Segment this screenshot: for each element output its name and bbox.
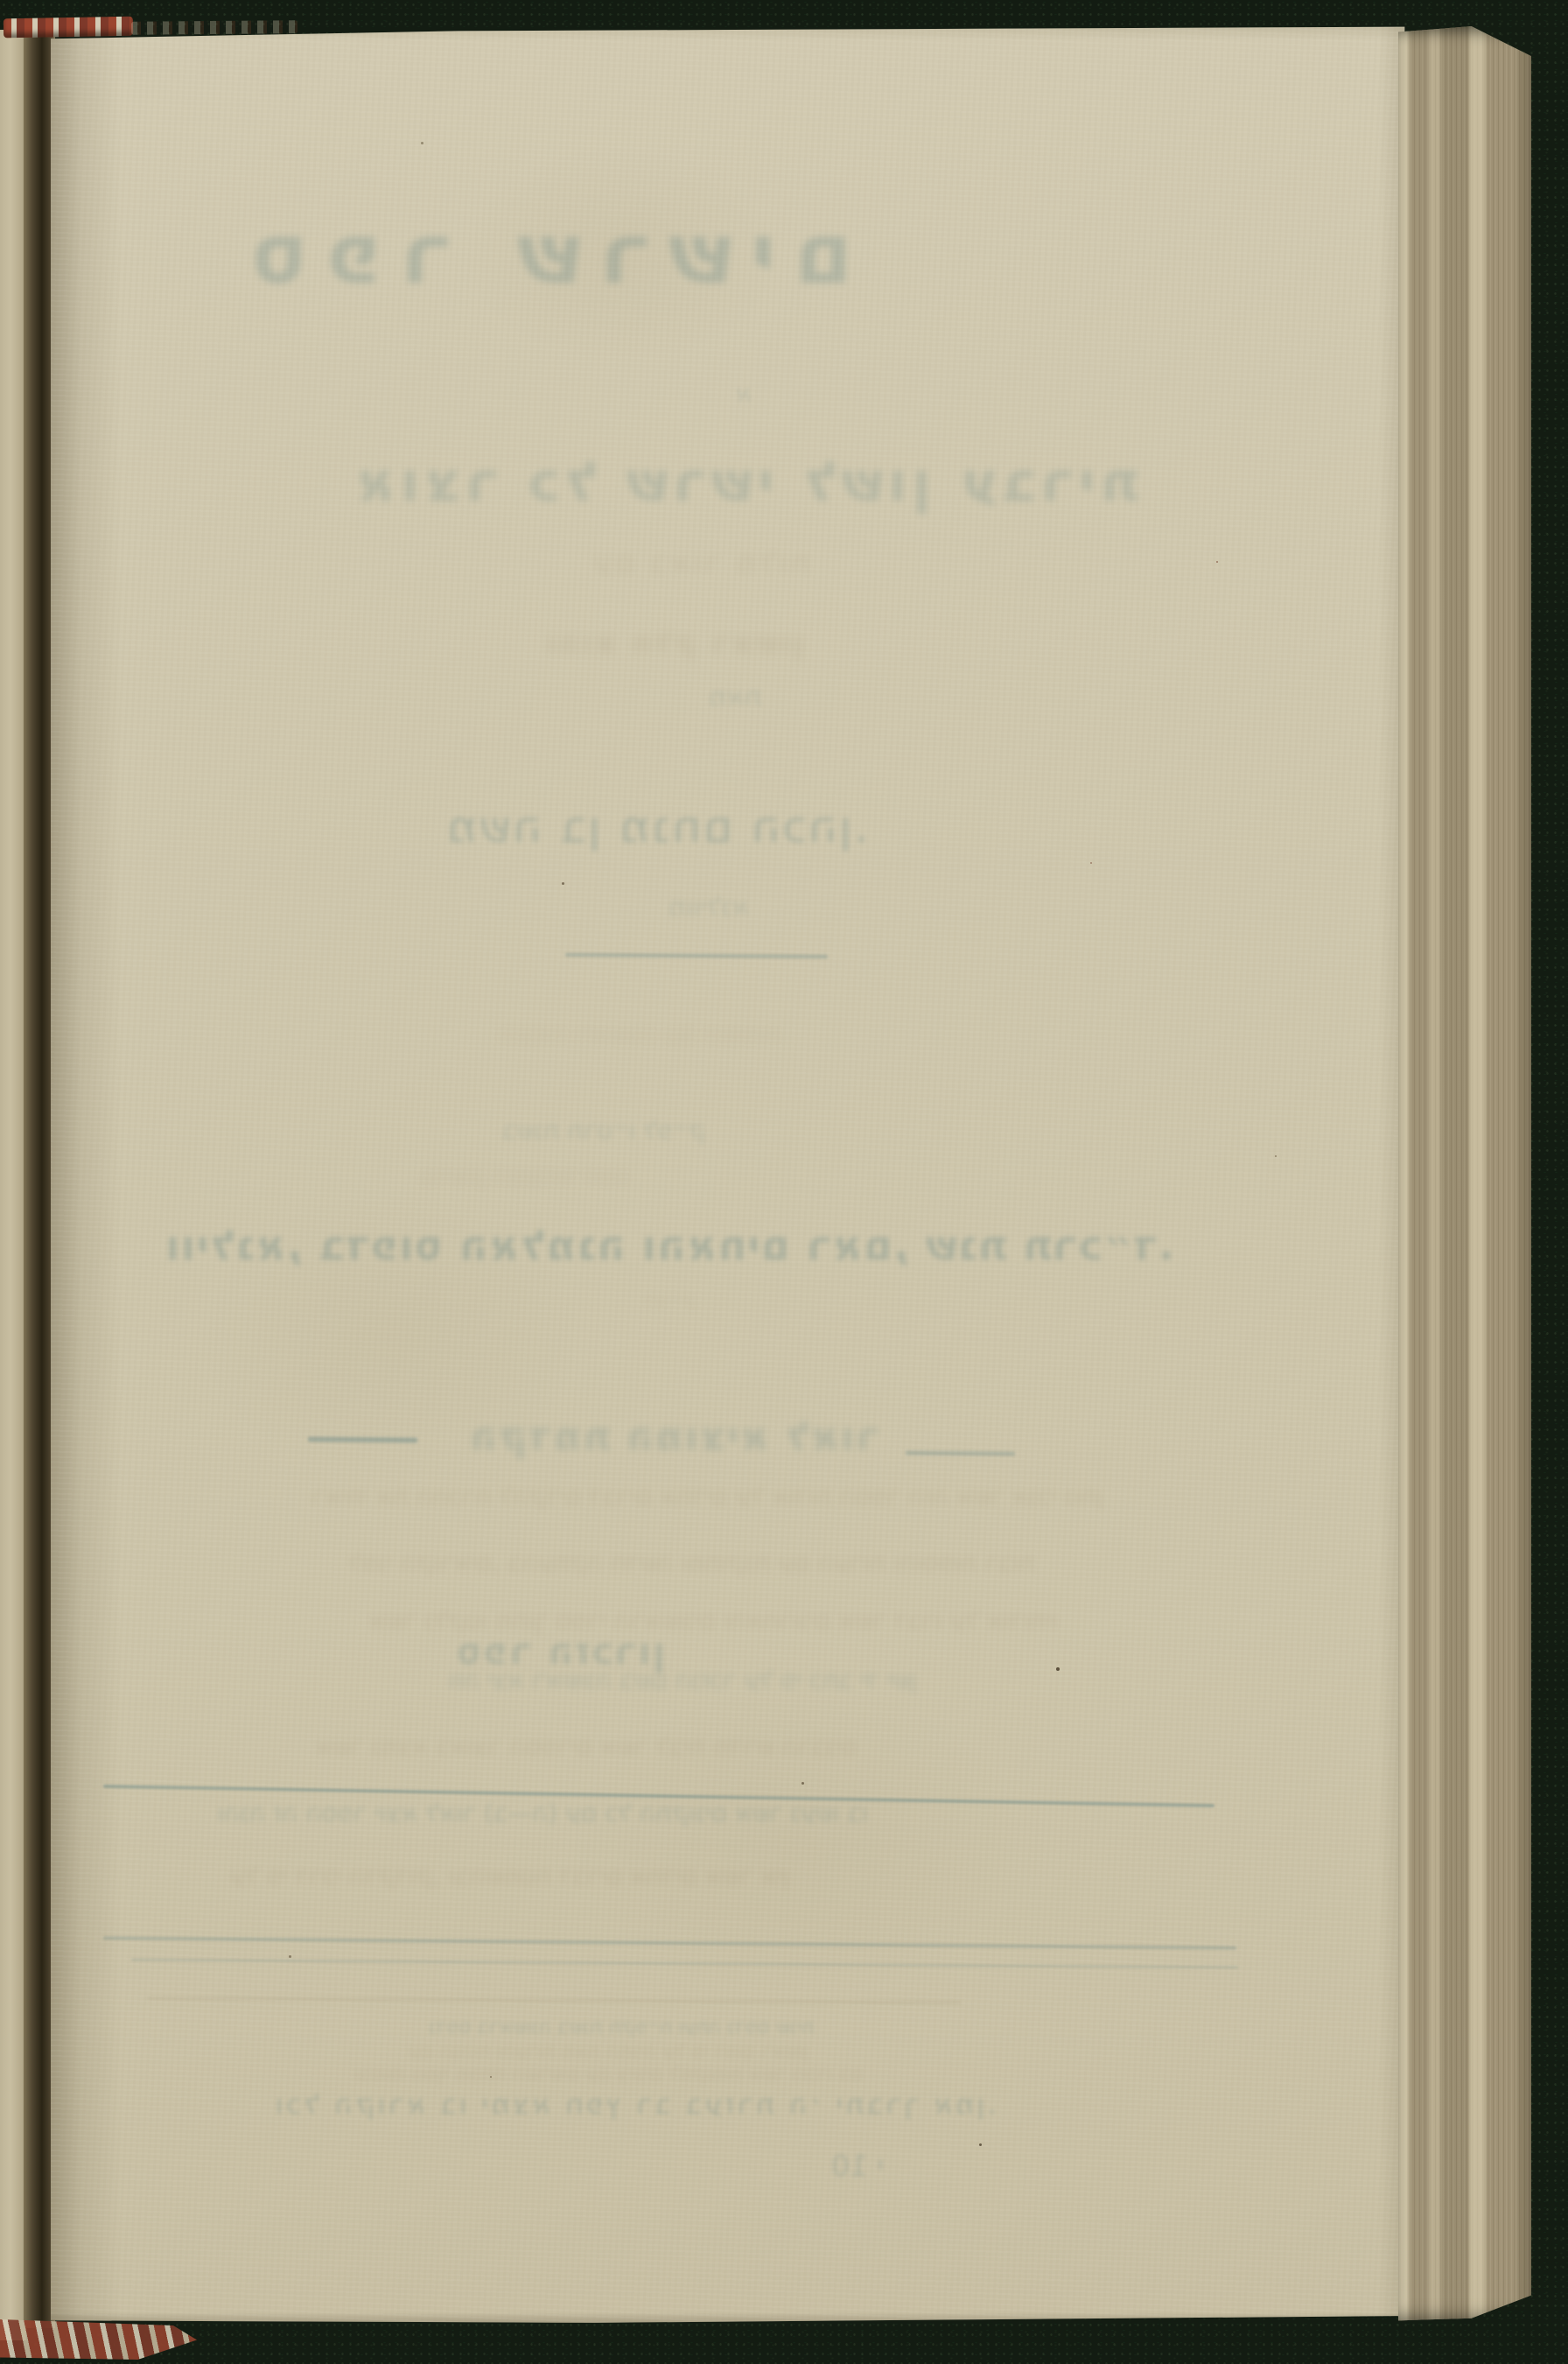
marbled-endpaper-corner	[0, 2316, 197, 2360]
blank-verso-page	[51, 25, 1409, 2325]
endband-top-left	[3, 17, 133, 39]
fore-edge-page-stack	[1398, 26, 1531, 2323]
endband-flecks	[131, 20, 297, 35]
book-scan: ספר שרשיםאאוצר כל שרשי לשון עבריתעם באור…	[0, 0, 1568, 2364]
facing-page-edge	[0, 30, 26, 2340]
gutter-shadow	[24, 33, 55, 2328]
